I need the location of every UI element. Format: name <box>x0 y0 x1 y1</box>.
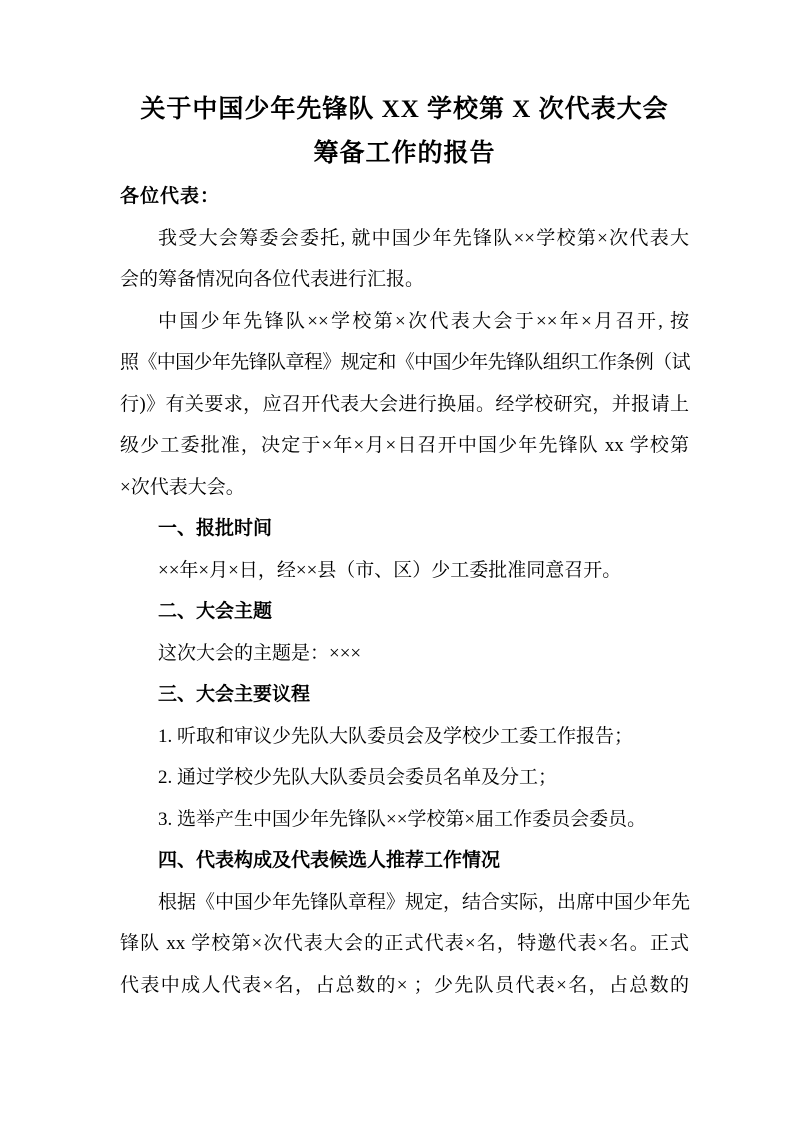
body-line: 级少工委批准，决定于×年×月×日召开中国少年先锋队 xx 学校第 <box>120 425 689 467</box>
body-line: 这次大会的主题是：××× <box>120 633 689 675</box>
section-heading-2: 二、大会主题 <box>120 591 689 633</box>
title-line-2: 筹备工作的报告 <box>120 132 689 176</box>
body-line: 我受大会筹委会委托, 就中国少年先锋队××学校第×次代表大 <box>120 218 689 260</box>
section-heading-3: 三、大会主要议程 <box>120 674 689 716</box>
section-heading-4: 四、代表构成及代表候选人推荐工作情况 <box>120 840 689 882</box>
document-title: 关于中国少年先锋队 XX 学校第 X 次代表大会 筹备工作的报告 <box>120 88 689 176</box>
body-line: 锋队 xx 学校第×次代表大会的正式代表×名，特邀代表×名。正式 <box>120 923 689 965</box>
body-line: 行)》有关要求，应召开代表大会进行换届。经学校研究，并报请上 <box>120 384 689 426</box>
body-line: 代表中成人代表×名，占总数的× ；少先队员代表×名，占总数的 <box>120 965 689 1007</box>
body-line: 照《中国少年先锋队章程》规定和《中国少年先锋队组织工作条例（试 <box>120 342 689 384</box>
document-page: 关于中国少年先锋队 XX 学校第 X 次代表大会 筹备工作的报告 各位代表： 我… <box>0 0 793 1122</box>
body-line: 根据《中国少年先锋队章程》规定，结合实际，出席中国少年先 <box>120 882 689 924</box>
section-heading-1: 一、报批时间 <box>120 508 689 550</box>
body-line: 中国少年先锋队××学校第×次代表大会于××年×月召开, 按 <box>120 301 689 343</box>
salutation: 各位代表： <box>120 176 689 218</box>
document-content: 关于中国少年先锋队 XX 学校第 X 次代表大会 筹备工作的报告 各位代表： 我… <box>0 0 793 1006</box>
agenda-item-1: 1. 听取和审议少先队大队委员会及学校少工委工作报告； <box>120 716 689 758</box>
title-line-1: 关于中国少年先锋队 XX 学校第 X 次代表大会 <box>120 88 689 132</box>
body-line: ×次代表大会。 <box>120 467 689 509</box>
body-line: 会的筹备情况向各位代表进行汇报。 <box>120 259 689 301</box>
agenda-item-2: 2. 通过学校少先队大队委员会委员名单及分工； <box>120 757 689 799</box>
agenda-item-3: 3. 选举产生中国少年先锋队××学校第×届工作委员会委员。 <box>120 799 689 841</box>
body-line: ××年×月×日，经××县（市、区）少工委批准同意召开。 <box>120 550 689 592</box>
